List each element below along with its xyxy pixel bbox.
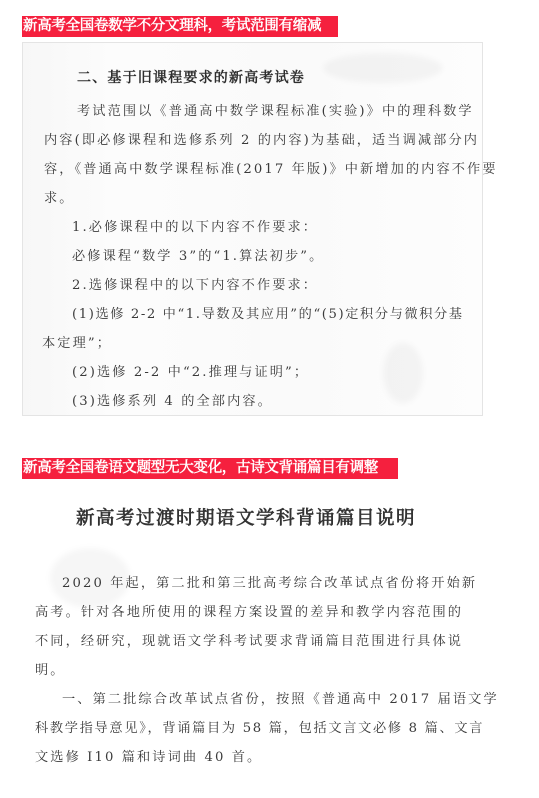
document-subheading: 二、基于旧课程要求的新高考试卷: [77, 67, 305, 87]
scanned-document-chinese-recitation: 新高考过渡时期语文学科背诵篇目说明 2020 年起，第二批和第三批高考综合改革试…: [20, 488, 520, 788]
document-line: (3)选修系列 4 的全部内容。: [72, 390, 273, 409]
document-line: (2)选修 2-2 中“2.推理与证明”；: [72, 361, 309, 380]
scan-smudge: [323, 53, 443, 83]
document-title: 新高考过渡时期语文学科背诵篇目说明: [76, 504, 416, 530]
document-line: 明。: [35, 659, 66, 678]
section-heading-math: 新高考全国卷数学不分文理科，考试范围有缩减: [22, 16, 338, 37]
document-line: 必修课程“数学 3”的“1.算法初步”。: [72, 245, 324, 264]
section-heading-chinese: 新高考全国卷语文题型无大变化，古诗文背诵篇目有调整: [22, 458, 398, 479]
document-line: 高考。针对各地所使用的课程方案设置的差异和教学内容范围的: [35, 601, 463, 620]
document-line: 文选修 I10 篇和诗词曲 40 首。: [35, 746, 262, 765]
document-line: 本定理”；: [42, 332, 112, 351]
document-line: 不同，经研究，现就语文学科考试要求背诵篇目范围进行具体说: [35, 630, 463, 649]
document-line: 考试范围以《普通高中数学课程标准(实验)》中的理科数学: [77, 100, 474, 119]
document-line: 一、第二批综合改革试点省份，按照《普通高中 2017 届语文学: [62, 688, 499, 707]
document-line: 求。: [44, 187, 75, 206]
document-line: 1.必修课程中的以下内容不作要求：: [72, 216, 318, 235]
document-line: (1)选修 2-2 中“1.导数及其应用”的“(5)定积分与微积分基: [72, 303, 464, 322]
scan-smudge: [383, 343, 423, 403]
document-line: 内容(即必修课程和选修系列 2 的内容)为基础，适当调减部分内: [44, 129, 479, 148]
document-line: 2020 年起，第二批和第三批高考综合改革试点省份将开始新: [62, 572, 477, 591]
document-line: 科教学指导意见》，背诵篇目为 58 篇，包括文言文必修 8 篇、文言: [35, 717, 484, 736]
document-line: 2.选修课程中的以下内容不作要求：: [72, 274, 318, 293]
document-line: 容，《普通高中数学课程标准(2017 年版)》中新增加的内容不作要: [44, 158, 498, 177]
scanned-document-math-exam-scope: 二、基于旧课程要求的新高考试卷 考试范围以《普通高中数学课程标准(实验)》中的理…: [22, 42, 483, 416]
